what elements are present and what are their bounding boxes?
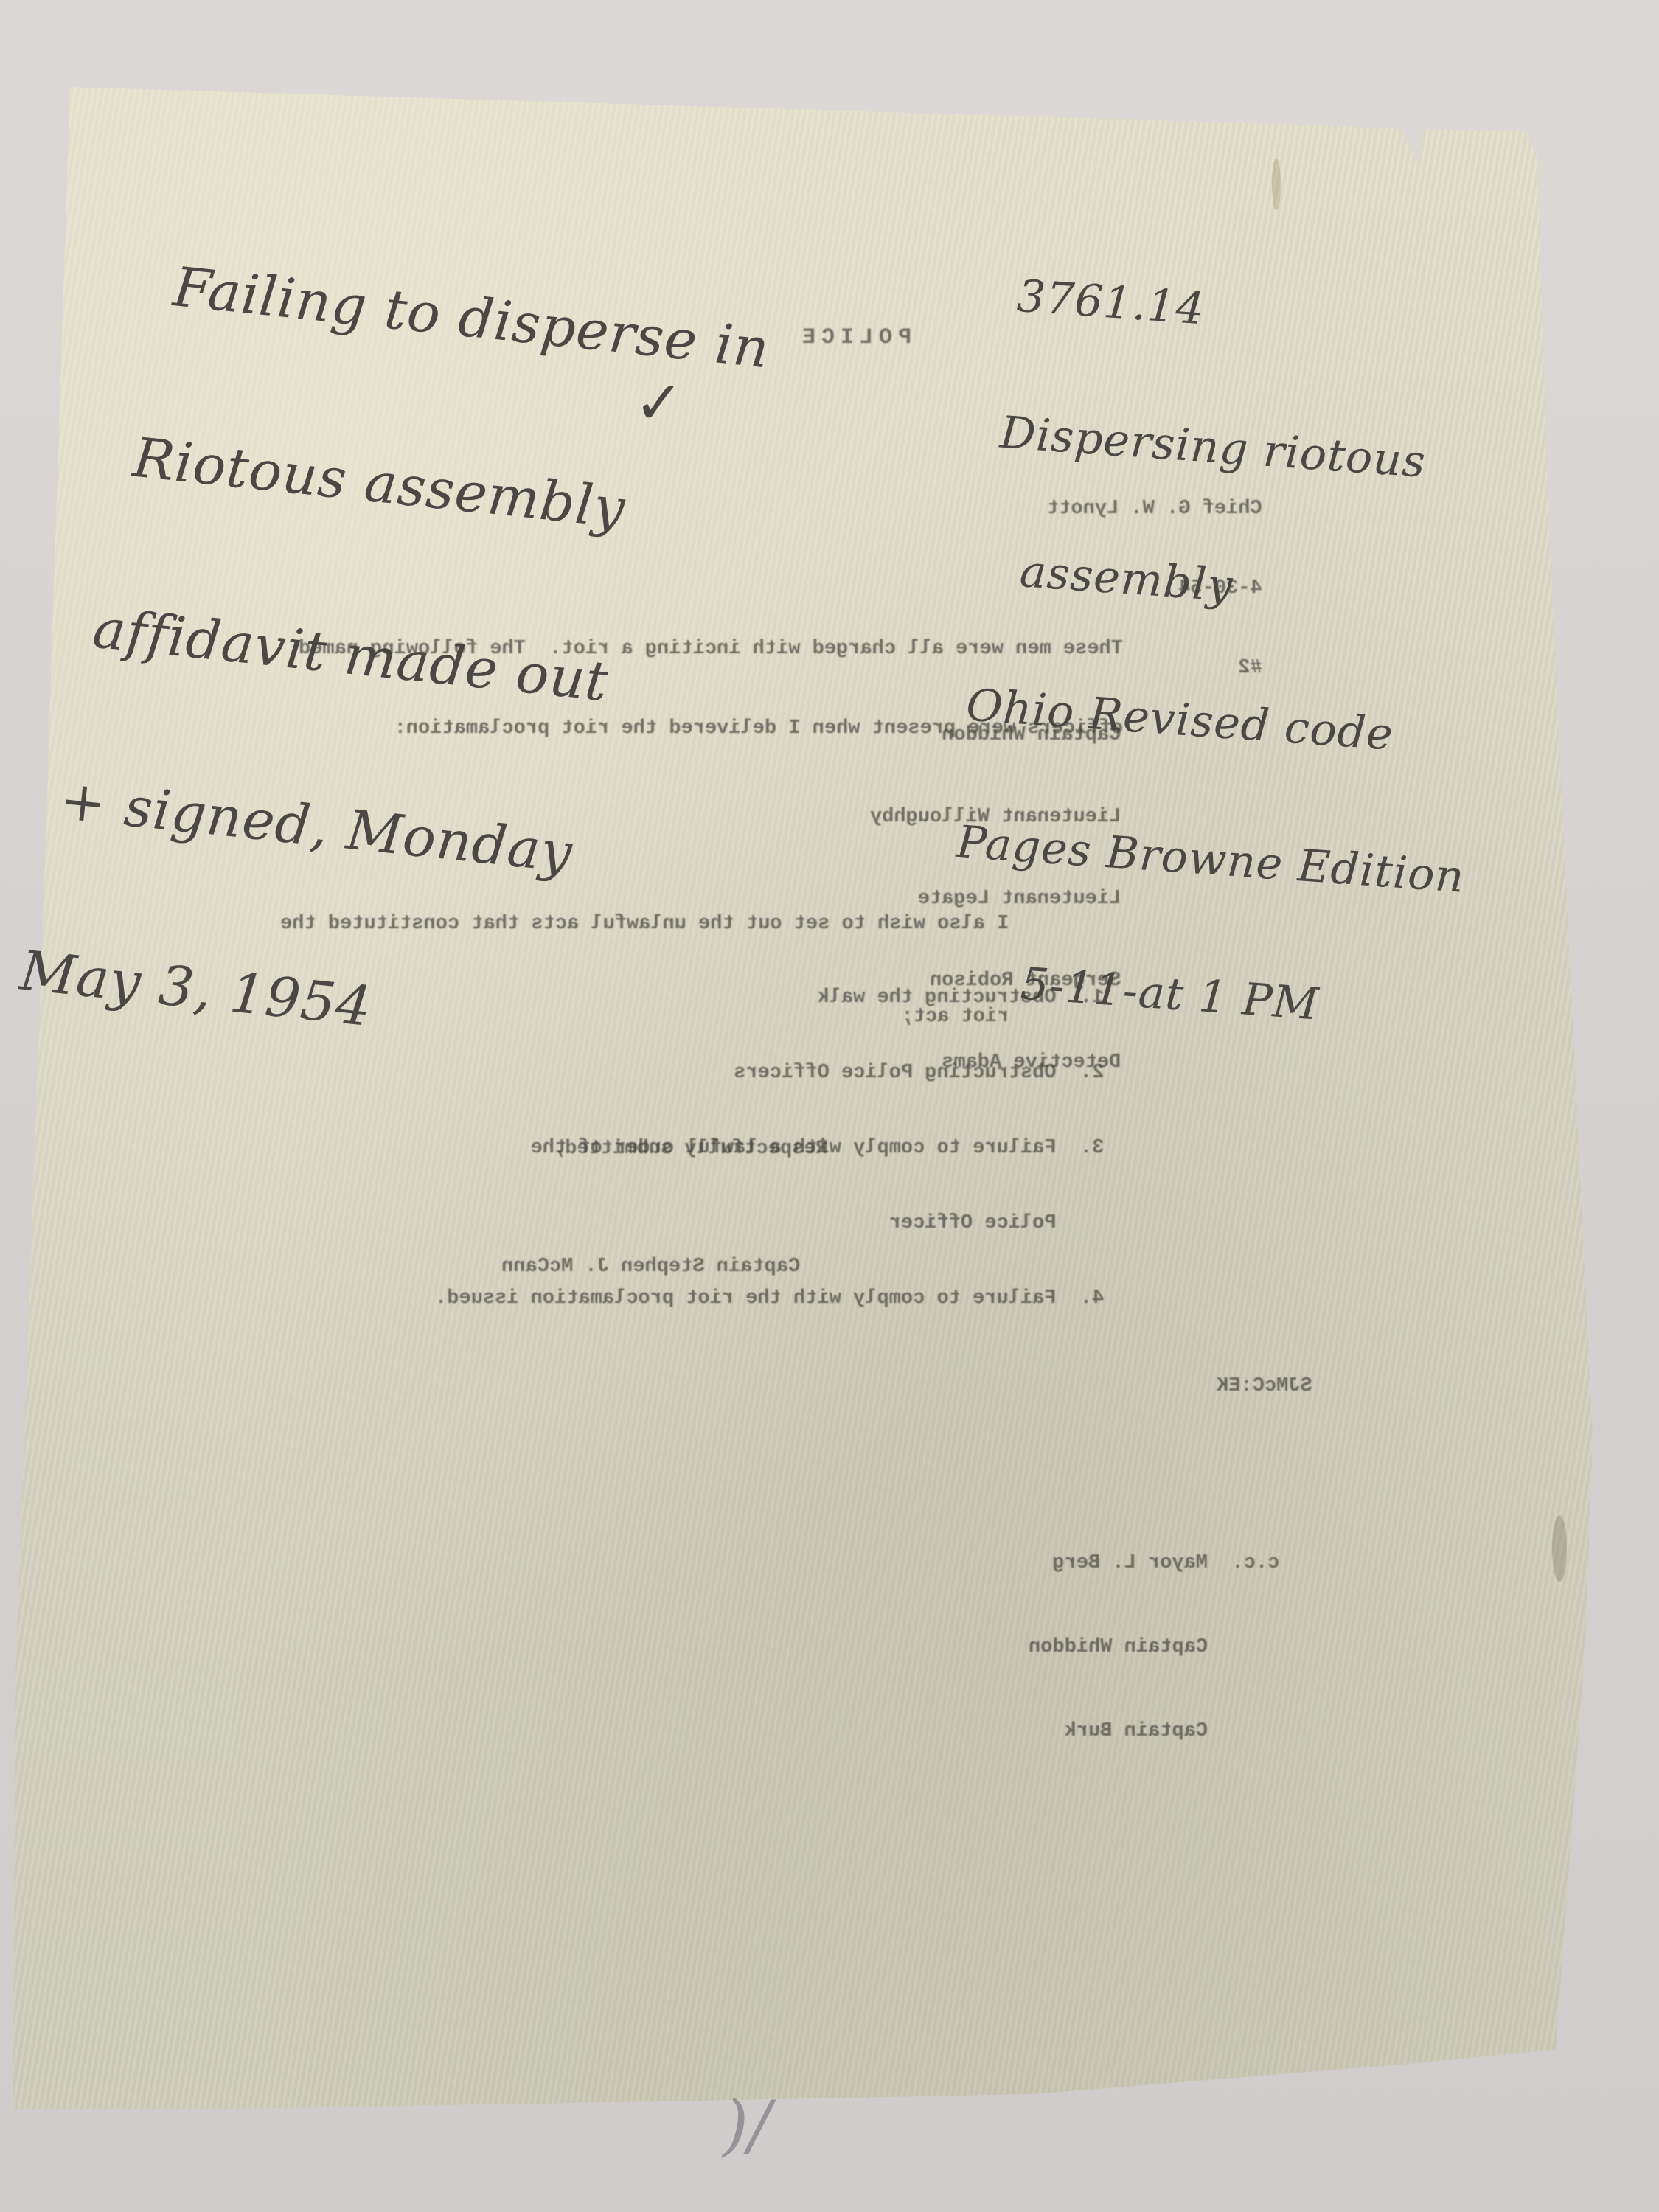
cc-item: c.c. Mayor L. Berg xyxy=(1029,1549,1279,1577)
act-item: Police Officer xyxy=(435,1211,1104,1236)
hand-line: Riotous assembly xyxy=(131,431,754,550)
cc-item: Captain Burk xyxy=(1029,1717,1279,1745)
closing: Respectfully submitted, xyxy=(553,1135,828,1162)
act-item: 4. Failure to comply with the riot procl… xyxy=(435,1286,1104,1311)
hand-line: 3761.14 xyxy=(1015,274,1504,352)
intro-line: These men were all charged with inciting… xyxy=(299,636,1123,662)
rust-stain xyxy=(1272,159,1281,210)
background-scribble: )/ xyxy=(723,2087,771,2164)
edge-stain xyxy=(1552,1515,1567,1582)
cc-item: Captain Whiddon xyxy=(1029,1633,1279,1661)
cc-list: c.c. Mayor L. Berg Captain Whiddon Capta… xyxy=(1029,1493,1279,1773)
check-mark-icon: ✓ xyxy=(634,369,684,437)
officer-item: Captain Whiddon xyxy=(870,722,1121,749)
initials: SJMcC:EK xyxy=(1217,1373,1312,1399)
typed-dept-fragment: POLICE xyxy=(796,324,911,351)
act-item: 2. Obstructing Police Officers xyxy=(435,1060,1104,1085)
act-item: 1. Obstructing the walk xyxy=(435,985,1104,1010)
hand-line: Failing to disperse in xyxy=(171,260,772,376)
header-to: Chief G. W. Lynott xyxy=(1047,495,1262,522)
signature: Captain Stephen J. McCann xyxy=(501,1253,800,1280)
officer-item: Lieutenant Willoughby xyxy=(870,804,1121,831)
